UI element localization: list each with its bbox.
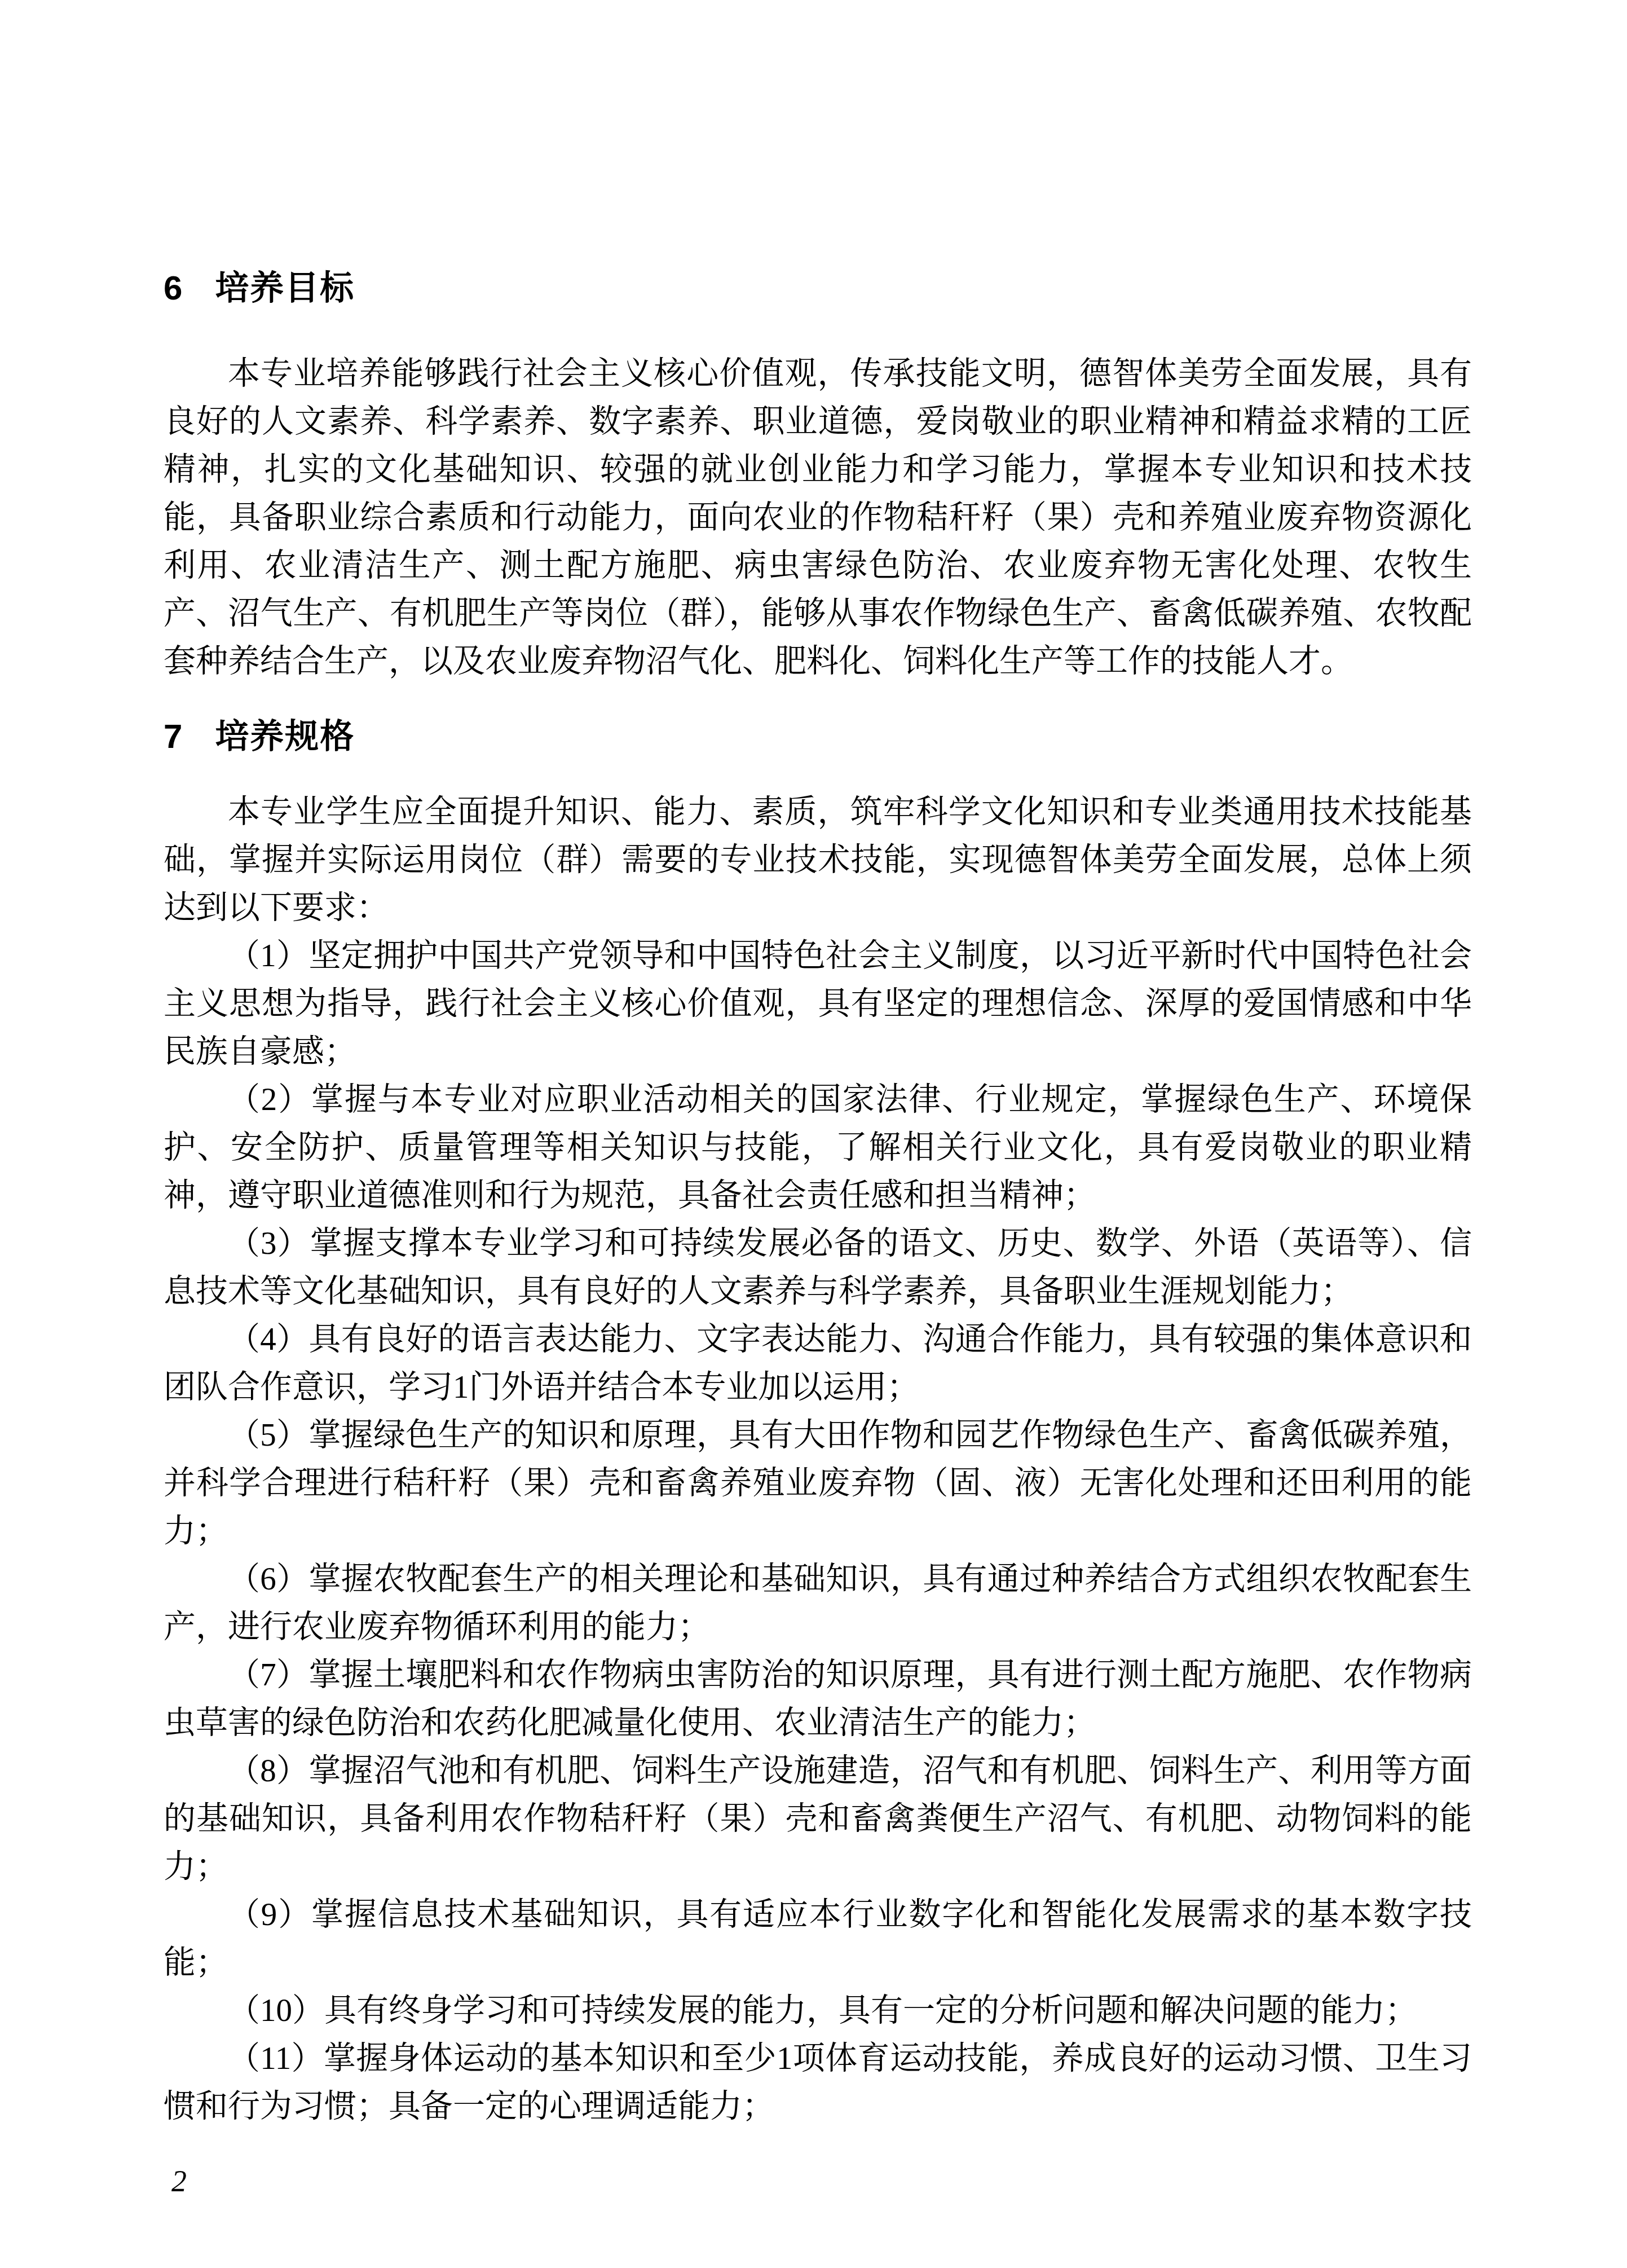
requirement-item-4: （4）具有良好的语言表达能力、文字表达能力、沟通合作能力，具有较强的集体意识和团… (164, 1315, 1472, 1411)
section-7-intro-paragraph: 本专业学生应全面提升知识、能力、素质，筑牢科学文化知识和专业类通用技术技能基础，… (164, 788, 1472, 932)
section-6-number: 6 (164, 263, 183, 314)
requirement-item-9: （9）掌握信息技术基础知识，具有适应本行业数字化和智能化发展需求的基本数字技能； (164, 1891, 1472, 1987)
page-content: 6培养目标 本专业培养能够践行社会主义核心价值观，传承技能文明，德智体美劳全面发… (164, 0, 1472, 2205)
requirement-item-10: （10）具有终身学习和可持续发展的能力，具有一定的分析问题和解决问题的能力； (164, 1987, 1472, 2034)
section-6-title: 培养目标 (215, 269, 355, 307)
page-number: 2 (171, 2157, 1472, 2205)
document-page: 6培养目标 本专业培养能够践行社会主义核心价值观，传承技能文明，德智体美劳全面发… (0, 0, 1627, 2268)
section-7-heading: 7培养规格 (164, 711, 1472, 762)
requirement-item-8: （8）掌握沼气池和有机肥、饲料生产设施建造，沼气和有机肥、饲料生产、利用等方面的… (164, 1747, 1472, 1891)
section-7-title: 培养规格 (215, 717, 355, 755)
requirement-item-6: （6）掌握农牧配套生产的相关理论和基础知识，具有通过种养结合方式组织农牧配套生产… (164, 1555, 1472, 1651)
requirement-item-5: （5）掌握绿色生产的知识和原理，具有大田作物和园艺作物绿色生产、畜禽低碳养殖，并… (164, 1411, 1472, 1555)
requirement-item-11: （11）掌握身体运动的基本知识和至少1项体育运动技能，养成良好的运动习惯、卫生习… (164, 2034, 1472, 2130)
section-6-paragraph: 本专业培养能够践行社会主义核心价值观，传承技能文明，德智体美劳全面发展，具有良好… (164, 350, 1472, 685)
requirement-item-1: （1）坚定拥护中国共产党领导和中国特色社会主义制度，以习近平新时代中国特色社会主… (164, 932, 1472, 1076)
section-6-heading: 6培养目标 (164, 263, 1472, 314)
requirement-item-7: （7）掌握土壤肥料和农作物病虫害防治的知识原理，具有进行测土配方施肥、农作物病虫… (164, 1651, 1472, 1747)
section-7-number: 7 (164, 711, 183, 762)
requirement-item-3: （3）掌握支撑本专业学习和可持续发展必备的语文、历史、数学、外语（英语等）、信息… (164, 1219, 1472, 1315)
requirement-item-2: （2）掌握与本专业对应职业活动相关的国家法律、行业规定，掌握绿色生产、环境保护、… (164, 1076, 1472, 1219)
